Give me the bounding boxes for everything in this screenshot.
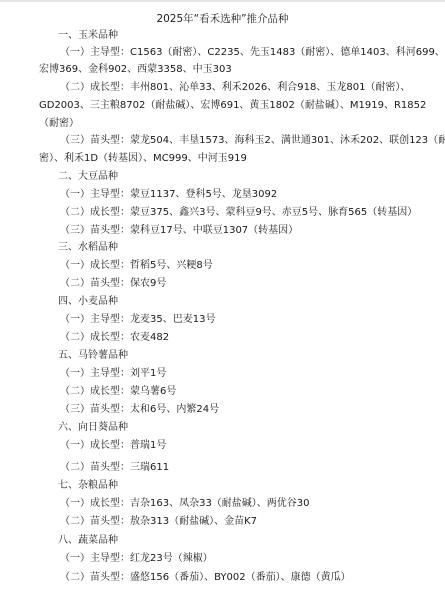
section-heading: 五、马铃薯品种 bbox=[58, 349, 128, 363]
variety-category-line: （一）成长型：吉杂163、凤杂33（耐盐碱）、两优谷30 bbox=[60, 497, 310, 511]
section-heading: 六、向日葵品种 bbox=[58, 421, 128, 435]
variety-category-line: （三）苗头型：蒙龙504、丰垦1573、海科玉2、满世通301、沐禾202、联创… bbox=[60, 134, 445, 148]
variety-category-line: （一）主导型：龙麦35、巴麦13号 bbox=[60, 313, 215, 327]
variety-category-line: （二）苗头型：敖杂313（耐盐碱）、金苗K7 bbox=[60, 515, 257, 529]
variety-category-line: （二）成长型：丰州801、沁单33、利禾2026、利合918、玉龙801（耐密）… bbox=[60, 81, 410, 95]
section-heading: 四、小麦品种 bbox=[58, 295, 118, 309]
continuation-line: （耐密） bbox=[39, 117, 79, 131]
document-title: 2025年“看禾选种”推介品种 bbox=[0, 12, 445, 26]
section-heading: 八、蔬菜品种 bbox=[58, 534, 118, 548]
variety-category-line: （二）成长型：蒙乌薯6号 bbox=[60, 385, 176, 399]
variety-category-line: （一）主导型：蒙豆1137、登科5号、龙垦3092 bbox=[60, 188, 277, 202]
section-heading: 一、玉米品种 bbox=[58, 29, 118, 43]
variety-category-line: （二）苗头型：保农9号 bbox=[60, 277, 166, 291]
continuation-line: 密）、利禾1D（转基因）、MC999、中河玉919 bbox=[39, 152, 247, 166]
variety-category-line: （三）苗头型：蒙科豆17号、中联豆1307（转基因） bbox=[60, 224, 298, 238]
variety-category-line: （二）成长型：蒙豆375、鑫兴3号、蒙科豆9号、赤豆5号、脉育565（转基因） bbox=[60, 206, 417, 220]
variety-category-line: （一）主导型：刘平1号 bbox=[60, 367, 166, 381]
variety-category-line: （一）成长型：哲稻5号、兴粳8号 bbox=[60, 259, 213, 273]
top-border bbox=[0, 0, 445, 2]
variety-category-line: （一）主导型：红龙23号（辣椒） bbox=[60, 552, 213, 566]
continuation-line: 宏博369、金科902、西蒙3358、中玉303 bbox=[39, 63, 232, 77]
variety-category-line: （三）苗头型：太和6号、内繁24号 bbox=[60, 403, 219, 417]
variety-category-line: （一）主导型：C1563（耐密）、C2235、先玉1483（耐密）、德单1403… bbox=[60, 46, 445, 60]
variety-category-line: （二）成长型：农麦482 bbox=[60, 331, 169, 345]
variety-category-line: （二）苗头型：盛悠156（番茄）、BY002（番茄）、康德（黄瓜） bbox=[60, 571, 351, 585]
variety-category-line: （二）苗头型：三瑞611 bbox=[60, 461, 169, 475]
continuation-line: GD2003、三主粮8702（耐盐碱）、宏博691、黄玉1802（耐盐碱）、M1… bbox=[39, 99, 426, 113]
variety-category-line: （一）成长型：普瑞1号 bbox=[60, 439, 166, 453]
section-heading: 三、水稻品种 bbox=[58, 241, 118, 255]
section-heading: 二、大豆品种 bbox=[58, 170, 118, 184]
section-heading: 七、杂粮品种 bbox=[58, 479, 118, 493]
